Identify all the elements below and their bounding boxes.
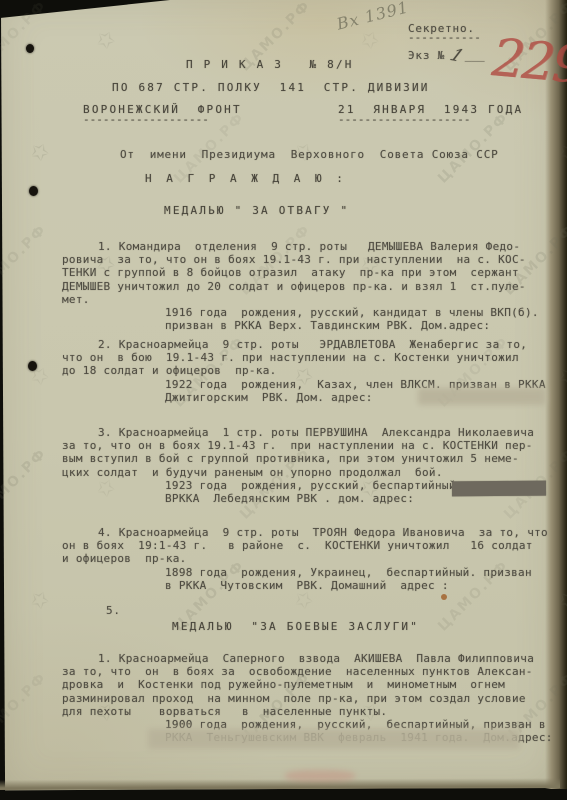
text-line: 2. Красноармейца 9 стр. роты ЭРДАВЛЕТОВА…	[62, 338, 557, 351]
text-line: для пехоты ворваться в населенные пункты…	[62, 705, 557, 718]
award-item-1: 1. Командира отделения 9 стр. роты ДЕМЫШ…	[62, 240, 557, 332]
date-underline: --------------------	[338, 113, 470, 126]
text-line: он в боях 19:1-43 г. в районе с. КОСТЕНК…	[62, 539, 557, 552]
handwritten-copy-number: 1	[448, 49, 466, 63]
award-item-details: 1916 года рождения, русский, кандидат в …	[165, 306, 557, 332]
text-line: 1898 года рождения, Украинец, беспартийн…	[165, 566, 557, 579]
text-line: мет.	[62, 293, 557, 306]
award-item-text: 1. Красноармейца Саперного взвода АКИШЕВ…	[62, 652, 557, 718]
order-title: П Р И К А З № 8/Н	[186, 58, 354, 71]
text-line: 1916 года рождения, русский, кандидат в …	[165, 306, 557, 319]
text-line: ровича за то, что он в боях 19.1-43 г. п…	[62, 253, 557, 266]
punch-hole	[29, 186, 38, 196]
text-line: и офицеров пр-ка.	[62, 552, 557, 565]
item-five-number: 5.	[106, 604, 121, 617]
medal-merit-heading: МЕДАЛЬЮ "ЗА БОЕВЫЕ ЗАСЛУГИ"	[172, 620, 419, 633]
text-line: до 18 солдат и офицеров пр-ка.	[62, 364, 557, 377]
text-line: ТЕНКИ с группой в 8 бойцов отразил атаку…	[62, 266, 557, 279]
award-verb: Н А Г Р А Ж Д А Ю :	[145, 172, 347, 185]
ink-blot	[441, 594, 447, 600]
punch-hole	[26, 44, 34, 53]
preamble-line: От имени Президиума Верховного Совета Со…	[120, 148, 499, 161]
award-item-text: 4. Красноармейца 9 стр. роты ТРОЯН Федор…	[62, 526, 557, 566]
text-line: за то, что он в боях 19.1-43 г. при наст…	[62, 439, 557, 452]
text-line: призван в РККА Верх. Тавдинским РВК. Дом…	[165, 319, 557, 332]
text-line: разминировал проход на минном поле пр-ка…	[62, 692, 557, 705]
copy-label: Экз №	[408, 49, 445, 62]
text-line: 4. Красноармейца 9 стр. роты ТРОЯН Федор…	[62, 526, 557, 539]
secret-underline: -----------	[408, 31, 481, 44]
pink-smudge	[285, 770, 355, 782]
text-line: ДЕМЫШЕВ уничтожил до 20 солдат и офицеро…	[62, 280, 557, 293]
medal-courage-heading: МЕДАЛЬЮ " ЗА ОТВАГУ "	[164, 204, 349, 217]
award-item-text: 2. Красноармейца 9 стр. роты ЭРДАВЛЕТОВА…	[62, 338, 557, 378]
text-line: 1. Красноармейца Саперного взвода АКИШЕВ…	[62, 652, 557, 665]
punch-hole	[28, 361, 37, 371]
order-subtitle: ПО 687 СТР. ПОЛКУ 141 СТР. ДИВИЗИИ	[112, 81, 430, 94]
copy-dashes: ___	[465, 49, 485, 62]
text-line: что он в бою 19.1-43 г. при наступлении …	[62, 351, 557, 364]
redaction-bar-address-3	[452, 481, 546, 497]
text-line: 3. Красноармейца 1 стр. роты ПЕРВУШИНА А…	[62, 426, 557, 439]
award-item-details: 1898 года рождения, Украинец, беспартийн…	[165, 566, 557, 592]
text-line: в РККА Чутовским РВК. Домашний адрес :	[165, 579, 557, 592]
text-line: дровка и Костенки под ружейно-пулеметным…	[62, 678, 557, 691]
front-underline: -------------------	[83, 113, 209, 126]
text-line: за то, что он в боях за освобождение нас…	[62, 665, 557, 678]
scanned-order-page: ЦАМО.РФ✩ЦАМО.РФ✩ЦАМО.РФ✩ЦАМО.РФ✩ЦАМО.РФ✩…	[0, 0, 567, 800]
copy-number-line: Экз №1___	[408, 48, 485, 62]
redaction-blur-address-2	[418, 388, 546, 405]
award-item-text: 1. Командира отделения 9 стр. роты ДЕМЫШ…	[62, 240, 557, 306]
text-line: вым вступил в бой с группой противника, …	[62, 452, 557, 465]
paper-bottom-edge-shadow	[0, 778, 560, 790]
redaction-blur-address-5	[148, 729, 520, 749]
award-item-4: 4. Красноармейца 9 стр. роты ТРОЯН Федор…	[62, 526, 557, 592]
red-pencil-page-number: 229	[490, 28, 567, 96]
text-line: цких солдат и будучи раненым он упорно п…	[62, 466, 557, 479]
text-line: 1. Командира отделения 9 стр. роты ДЕМЫШ…	[62, 240, 557, 253]
award-item-text: 3. Красноармейца 1 стр. роты ПЕРВУШИНА А…	[62, 426, 557, 479]
